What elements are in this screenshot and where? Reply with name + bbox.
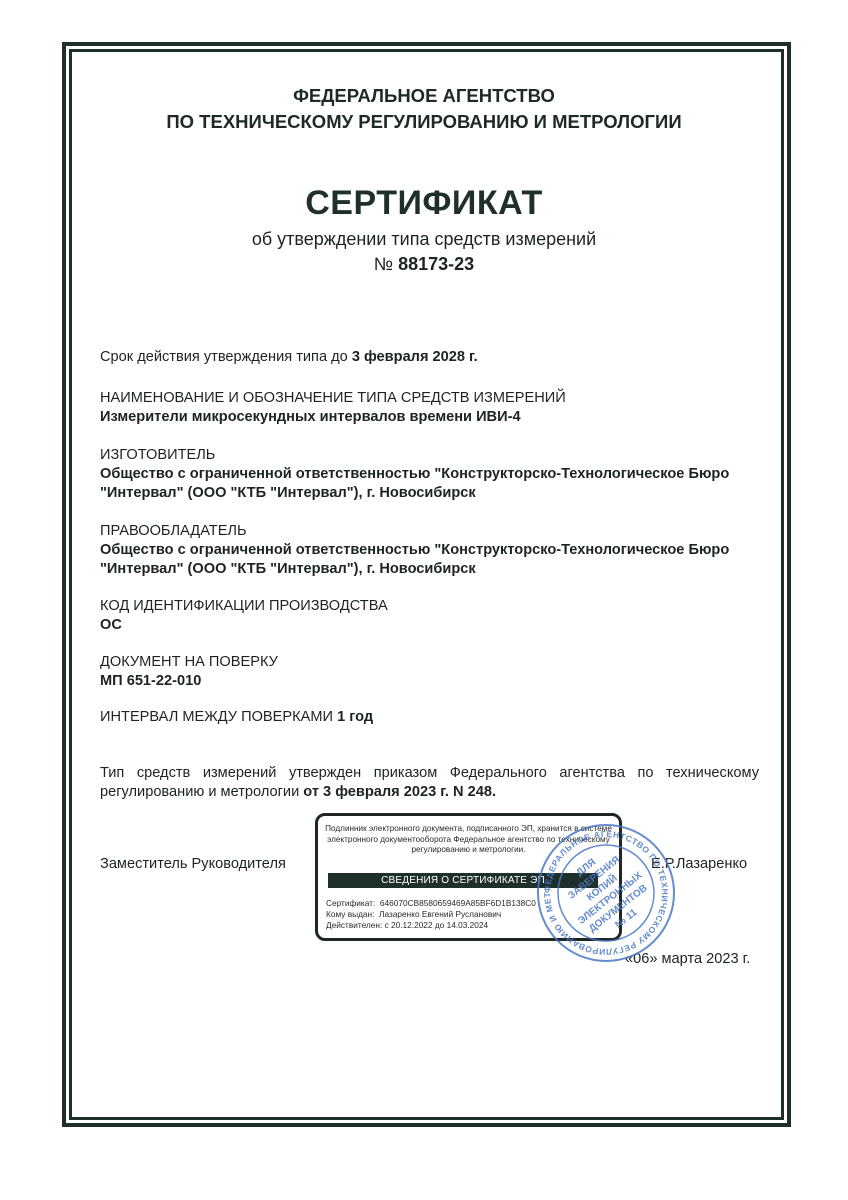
- interval-label: ИНТЕРВАЛ МЕЖДУ ПОВЕРКАМИ: [100, 709, 337, 725]
- number-value: 88173-23: [398, 254, 474, 274]
- field-label: КОД ИДЕНТИФИКАЦИИ ПРОИЗВОДСТВА: [100, 597, 760, 616]
- ep-value: Лазаренко Евгений Русланович: [379, 909, 501, 919]
- approval-order-text: Тип средств измерений утвержден приказом…: [100, 764, 759, 802]
- document-subtitle: об утверждении типа средств измерений: [0, 229, 848, 250]
- field-value: Измерители микросекундных интервалов вре…: [100, 408, 760, 427]
- field-label: ДОКУМЕНТ НА ПОВЕРКУ: [100, 653, 760, 672]
- verification-interval: ИНТЕРВАЛ МЕЖДУ ПОВЕРКАМИ 1 год: [100, 708, 760, 727]
- field-right-holder: ПРАВООБЛАДАТЕЛЬ Общество с ограниченной …: [100, 522, 760, 579]
- field-value: Общество с ограниченной ответственностью…: [100, 541, 760, 579]
- validity-label: Срок действия утверждения типа до: [100, 349, 352, 365]
- agency-name-line1: ФЕДЕРАЛЬНОЕ АГЕНТСТВО: [0, 83, 848, 109]
- ep-key: Кому выдан:: [326, 909, 374, 919]
- ep-row-certificate: Сертификат: 646070CB8580659469A85BF6D1B1…: [326, 898, 536, 909]
- agency-name-line2: ПО ТЕХНИЧЕСКОМУ РЕГУЛИРОВАНИЮ И МЕТРОЛОГ…: [0, 109, 848, 135]
- validity-value: 3 февраля 2028 г.: [352, 349, 478, 365]
- field-label: НАИМЕНОВАНИЕ И ОБОЗНАЧЕНИЕ ТИПА СРЕДСТВ …: [100, 389, 760, 408]
- ep-value: 646070CB8580659469A85BF6D1B138C0: [380, 898, 536, 908]
- ep-value: с 20.12.2022 до 14.03.2024: [385, 920, 489, 930]
- order-reference: от 3 февраля 2023 г. N 248.: [303, 784, 496, 800]
- field-type-name: НАИМЕНОВАНИЕ И ОБОЗНАЧЕНИЕ ТИПА СРЕДСТВ …: [100, 389, 760, 427]
- validity-line: Срок действия утверждения типа до 3 февр…: [100, 348, 760, 367]
- number-sign: №: [374, 254, 393, 274]
- field-label: ИЗГОТОВИТЕЛЬ: [100, 446, 760, 465]
- field-value: МП 651-22-010: [100, 672, 760, 691]
- signer-position: Заместитель Руководителя: [100, 856, 286, 872]
- field-label: ПРАВООБЛАДАТЕЛЬ: [100, 522, 760, 541]
- field-value: ОС: [100, 616, 760, 635]
- certificate-number: № 88173-23: [0, 254, 848, 275]
- ep-key: Сертификат:: [326, 898, 375, 908]
- official-stamp-icon: ФЕДЕРАЛЬНОЕ АГЕНТСТВО ПО ТЕХНИЧЕСКОМУ РЕ…: [535, 822, 677, 964]
- ep-details: Сертификат: 646070CB8580659469A85BF6D1B1…: [326, 898, 536, 931]
- ep-row-valid: Действителен: с 20.12.2022 до 14.03.2024: [326, 920, 536, 931]
- field-verification-document: ДОКУМЕНТ НА ПОВЕРКУ МП 651-22-010: [100, 653, 760, 691]
- ep-row-issued-to: Кому выдан: Лазаренко Евгений Русланович: [326, 909, 536, 920]
- ep-key: Действителен:: [326, 920, 382, 930]
- field-manufacturer: ИЗГОТОВИТЕЛЬ Общество с ограниченной отв…: [100, 446, 760, 503]
- interval-value: 1 год: [337, 709, 373, 725]
- document-title: СЕРТИФИКАТ: [0, 184, 848, 223]
- field-value: Общество с ограниченной ответственностью…: [100, 465, 760, 503]
- field-production-code: КОД ИДЕНТИФИКАЦИИ ПРОИЗВОДСТВА ОС: [100, 597, 760, 635]
